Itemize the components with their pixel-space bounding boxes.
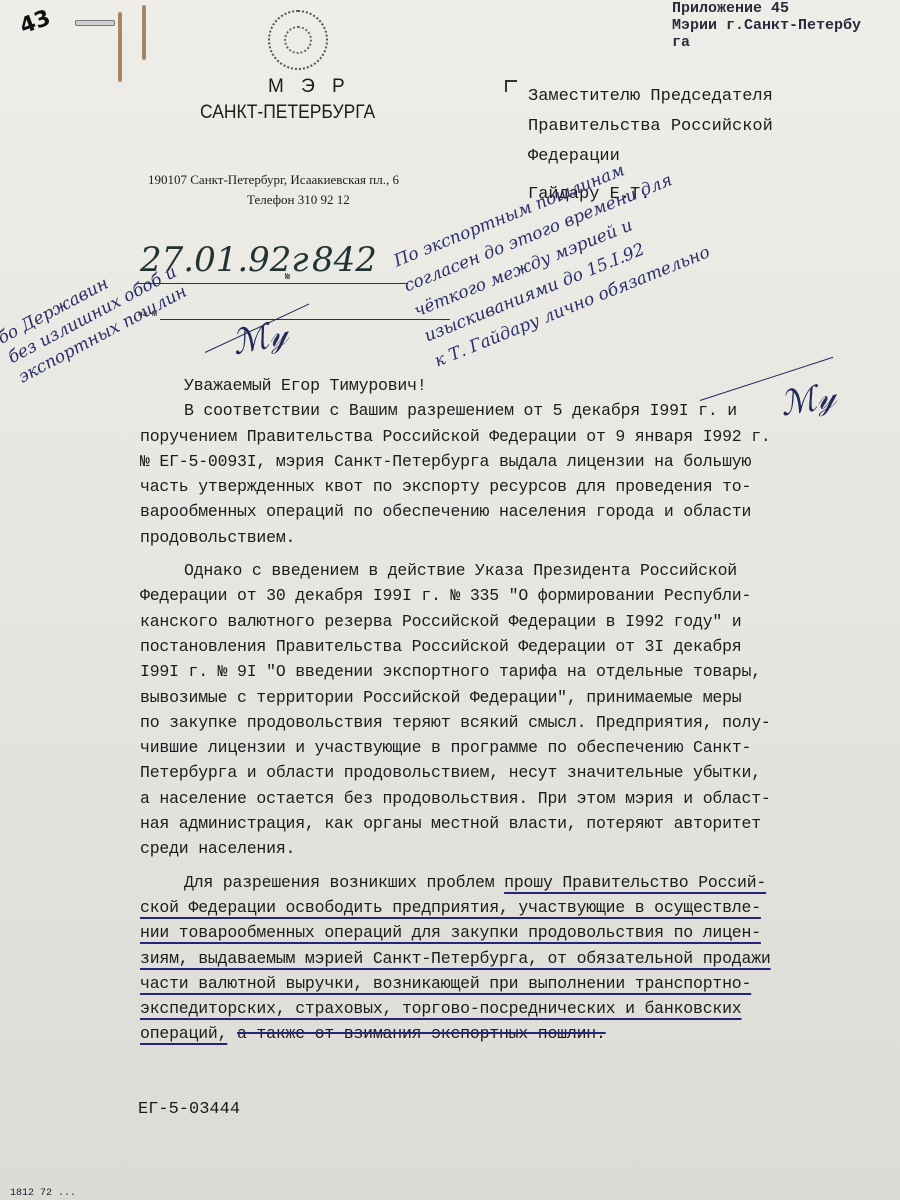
body-text-span: Для разрешения возникших проблем [184,873,504,892]
letter-body: Уважаемый Егор Тимурович! В соответствии… [140,373,880,1047]
underlined-line: экспедиторских, страховых, торгово-посре… [140,996,880,1021]
registration-number: 842 [312,240,377,280]
body-line: Однако с введением в действие Указа През… [140,558,880,583]
appendix-line: Приложение 45 [672,0,861,17]
staple-icon [75,20,115,26]
reference-code: ЕГ-5-03444 [138,1100,240,1119]
ref-line [160,319,450,320]
underlined-text: прошу Правительство Россий- [504,873,766,892]
body-line: часть утвержденных квот по экспорту ресу… [140,474,880,499]
appendix-line: га [672,34,861,51]
body-line: среди населения. [140,836,880,861]
body-line: а население остается без продовольствия.… [140,786,880,811]
appendix-note: Приложение 45 Мэрии г.Санкт-Петербу га [672,0,861,51]
body-line: канского валютного резерва Российской Фе… [140,609,880,634]
stain-mark [142,5,146,60]
coat-of-arms-icon [268,10,328,70]
letterhead-city: САНКТ-ПЕТЕРБУРГА [200,102,375,124]
handwritten-resolution-left: бо Державин без излишних обоб и экспортн… [0,242,191,388]
letterhead-title: М Э Р [268,76,351,98]
underlined-line: ской Федерации освободить предприятия, у… [140,895,880,920]
body-line: чившие лицензии и участвующие в программ… [140,735,880,760]
addressee-line: Заместителю Председателя [528,82,773,112]
body-line: I99I г. № 9I "О введении экспортного тар… [140,659,880,684]
body-line: операций, а также от взимания экспортных… [140,1021,880,1046]
number-mark: № [285,272,290,282]
underlined-line: зиям, выдаваемым мэрией Санкт-Петербурга… [140,946,880,971]
underlined-text: операций, [140,1024,227,1043]
body-line: продовольствием. [140,525,880,550]
body-line: варообменных операций по обеспечению нас… [140,499,880,524]
body-line: Для разрешения возникших проблем прошу П… [140,870,880,895]
corner-number-mark: 43 [17,6,54,40]
letterhead-address: 190107 Санкт-Петербург, Исаакиевская пл.… [148,172,399,188]
signature-icon: ℳ𝓎 [228,313,291,364]
body-line: вывозимые с территории Российской Федера… [140,685,880,710]
address-corner-mark [505,80,517,92]
body-line: ная администрация, как органы местной вл… [140,811,880,836]
body-line: постановления Правительства Российской Ф… [140,634,880,659]
document-page: 43 М Э Р САНКТ-ПЕТЕРБУРГА 190107 Санкт-П… [0,0,900,1200]
body-line: Федерации от 30 декабря I99I г. № 335 "О… [140,583,880,608]
salutation: Уважаемый Егор Тимурович! [140,373,880,398]
body-line: Петербурга и области продовольствием, не… [140,760,880,785]
body-line: В соответствии с Вашим разрешением от 5 … [140,398,880,423]
underlined-line: части валютной выручки, возникающей при … [140,971,880,996]
letterhead-phone: Телефон 310 92 12 [247,192,350,208]
stain-mark [118,12,122,82]
appendix-line: Мэрии г.Санкт-Петербу [672,17,861,34]
addressee-line: Правительства Российской [528,112,773,142]
struck-out-text: а также от взимания экспортных пошлин. [237,1024,606,1043]
body-line: № ЕГ-5-0093I, мэрия Санкт-Петербурга выд… [140,449,880,474]
underlined-line: нии товарообменных операций для закупки … [140,920,880,945]
bottom-fragment: 1812 72 ... [10,1188,76,1199]
body-line: по закупке продовольствия теряют всякий … [140,710,880,735]
body-line: поручением Правительства Российской Феде… [140,424,880,449]
